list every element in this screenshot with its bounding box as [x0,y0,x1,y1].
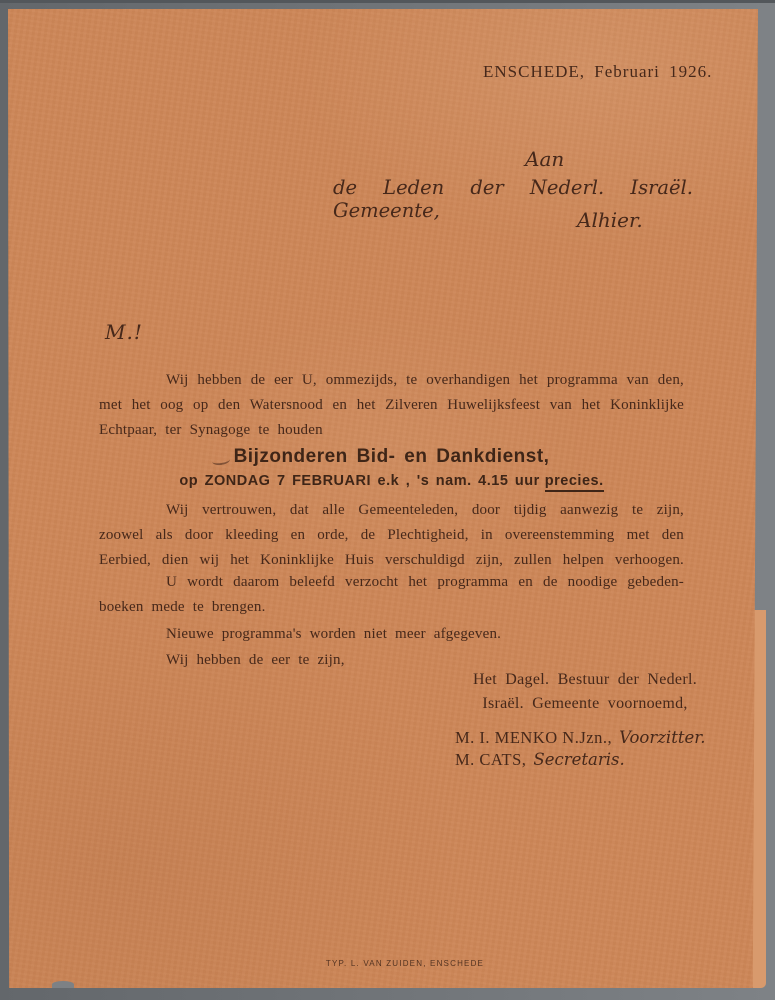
printer-credit: TYP. L. VAN ZUIDEN, ENSCHEDE [320,959,490,968]
closing-line: Israël. Gemeente voornoemd, [420,692,750,716]
paragraph-2-line: Wij vertrouwen, dat alle Gemeenteleden, … [99,498,684,523]
schedule-text: op ZONDAG 7 FEBRUARI e.k , 's nam. 4.15 … [179,473,539,489]
paragraph-1-line: Wij hebben de eer U, ommezijds, te overh… [99,368,684,393]
dateline: ENSCHEDE, Februari 1926. [483,62,712,82]
scan-background: ENSCHEDE, Februari 1926. Aan de Leden de… [0,0,775,1000]
signatory-name: M. I. MENKO N.Jzn., [455,728,612,747]
paragraph-2-line: zoowel als door kleeding en orde, de Ple… [99,523,684,548]
paragraph-4-line: Nieuwe programma's worden niet meer afge… [99,622,684,647]
paper-edge-chip [52,981,74,988]
salutation: M.! [105,320,143,344]
paragraph-2: Wij vertrouwen, dat alle Gemeenteleden, … [99,498,684,573]
closing-line: Het Dagel. Bestuur der Nederl. [420,668,750,692]
signatories-block: M. I. MENKO N.Jzn.,Voorzitter. M. CATS,S… [455,727,706,770]
paragraph-3: U wordt daarom beleefd verzocht het prog… [99,570,684,620]
headline: Bijzonderen Bid- en Dankdienst, [99,444,684,469]
paragraph-1-line: Echtpaar, ter Synagoge te houden [99,418,684,443]
paragraph-3-line: boeken mede te brengen. [99,595,684,620]
closing-block: Het Dagel. Bestuur der Nederl. Israël. G… [420,668,750,716]
paragraph-1-line: met het oog op den Watersnood en het Zil… [99,393,684,418]
signatory-row: M. CATS,Secretaris. [455,749,706,771]
address-line-aan: Aan [525,147,564,171]
signatory-role: Voorzitter. [619,728,705,747]
address-line-alhier: Alhier. [577,208,643,232]
paragraph-1: Wij hebben de eer U, ommezijds, te overh… [99,368,684,443]
letter-paper: ENSCHEDE, Februari 1926. Aan de Leden de… [8,9,758,988]
signatory-role: Secretaris. [533,750,624,769]
signatory-row: M. I. MENKO N.Jzn.,Voorzitter. [455,727,706,749]
schedule-emphasis: precies. [545,473,604,492]
signatory-name: M. CATS, [455,750,526,769]
paragraph-4: Nieuwe programma's worden niet meer afge… [99,622,684,647]
schedule-line: op ZONDAG 7 FEBRUARI e.k , 's nam. 4.15 … [99,469,684,494]
paragraph-3-line: U wordt daarom beleefd verzocht het prog… [99,570,684,595]
